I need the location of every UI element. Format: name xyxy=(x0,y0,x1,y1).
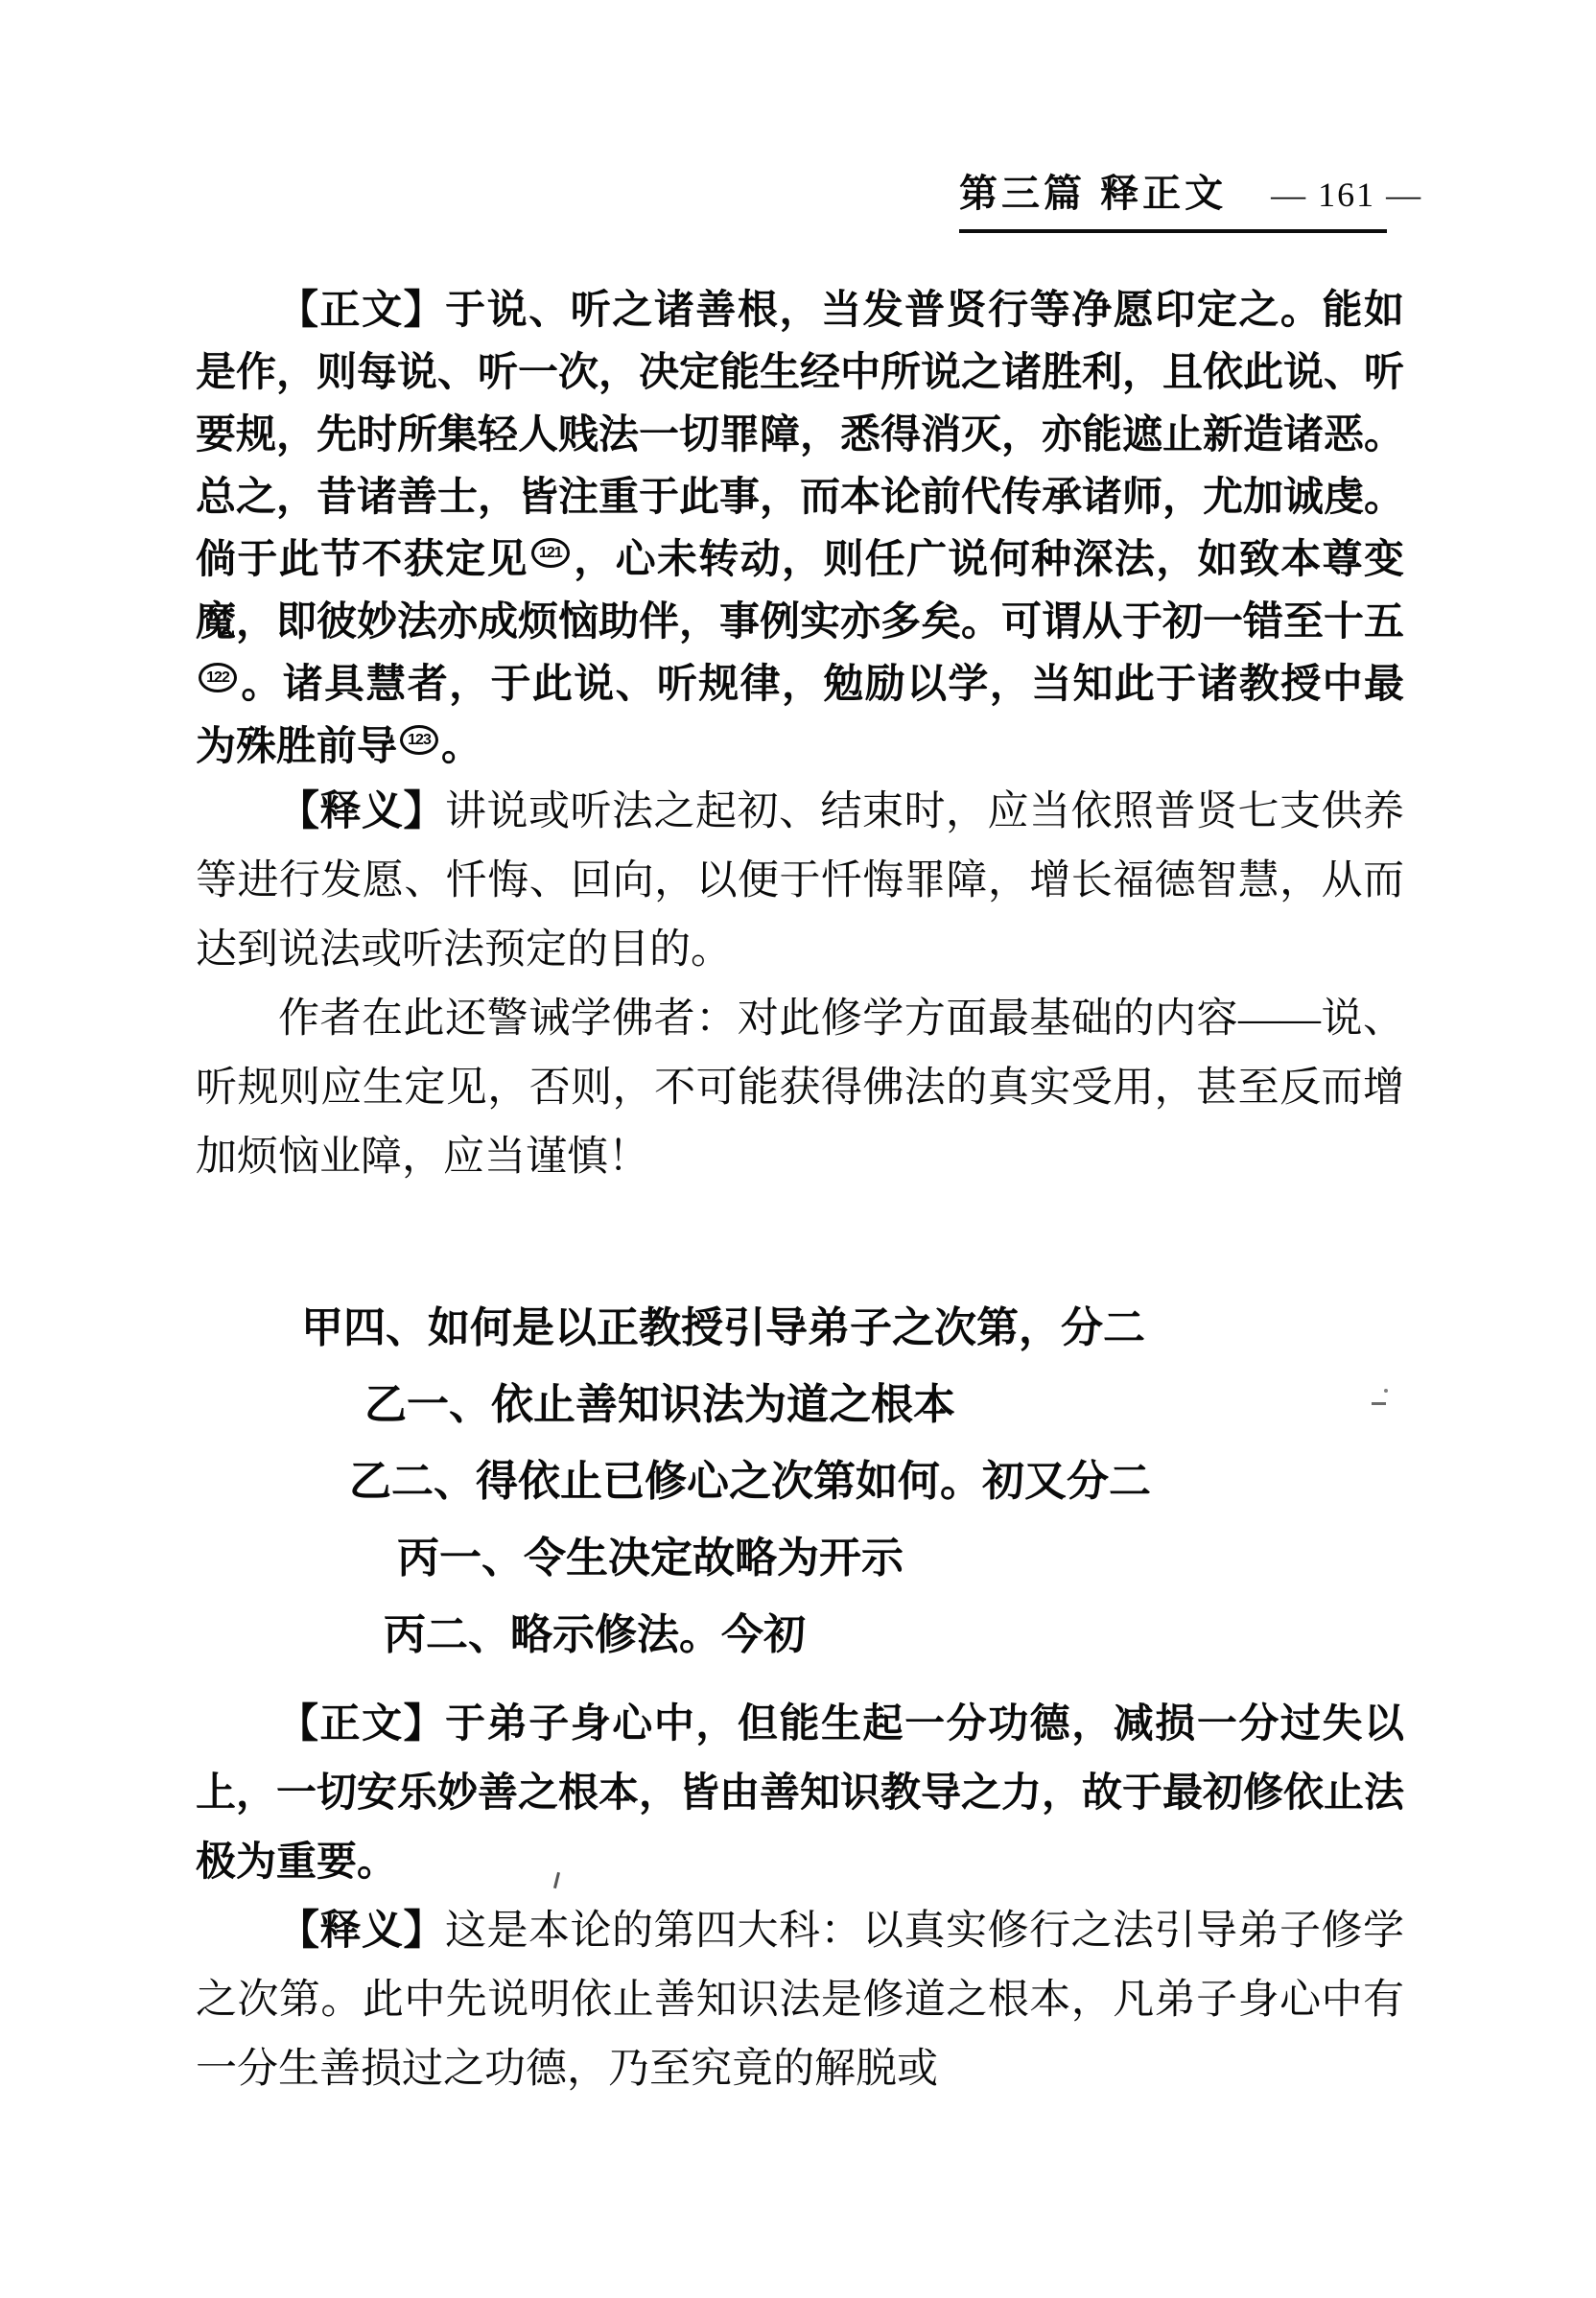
commentary-text: 作者在此还警诫学佛者：对此修学方面最基础的内容——说、听规则应生定见，否则，不可… xyxy=(196,997,1404,1180)
footnote-ref-121: 121 xyxy=(531,538,570,568)
page-header: 第三篇 释正文 — 161 — xyxy=(959,163,1387,233)
paragraph-zhengwen-1: 【正文】于说、听之诸善根，当发普贤行等净愿印定之。能如是作，则每说、听一次，决定… xyxy=(196,278,1404,777)
book-page: 第三篇 释正文 — 161 — 【正文】于说、听之诸善根，当发普贤行等净愿印定之… xyxy=(0,0,1596,2298)
page-body: 【正文】于说、听之诸善根，当发普贤行等净愿印定之。能如是作，则每说、听一次，决定… xyxy=(196,278,1404,2104)
outline-item-yi-1: 乙一、依止善知识法为道之根本 xyxy=(196,1382,1404,1428)
zhengwen-label: 【正文】 xyxy=(278,287,445,332)
outline-item-jia-4: 甲四、如何是以正教授引导弟子之次第，分二 xyxy=(196,1305,1404,1351)
scan-artifact-dot xyxy=(1384,1389,1388,1393)
zhengwen-text-segment: 。 xyxy=(441,723,481,768)
footnote-ref-123: 123 xyxy=(400,725,438,755)
footnote-ref-122: 122 xyxy=(199,663,237,692)
zhengwen-text-segment: 。诸具慧者，于此说、听规律，勉励以学，当知此于诸教授中最为殊胜前导 xyxy=(196,661,1404,768)
paragraph-commentary: 作者在此还警诫学佛者：对此修学方面最基础的内容——说、听规则应生定见，否则，不可… xyxy=(196,985,1404,1192)
page-number: — 161 — xyxy=(1271,175,1422,215)
outline-item-bing-1: 丙一、令生决定故略为开示 xyxy=(196,1536,1404,1582)
scan-artifact-dash xyxy=(1372,1402,1386,1405)
zhengwen-label: 【正文】 xyxy=(278,1700,445,1746)
shiyi-label: 【释义】 xyxy=(278,788,445,834)
paragraph-shiyi-2: 【释义】这是本论的第四大科：以真实修行之法引导弟子修学之次第。此中先说明依止善知… xyxy=(196,1896,1404,2104)
shiyi-label: 【释义】 xyxy=(278,1908,445,1954)
outline-item-yi-2: 乙二、得依止已修心之次第如何。初又分二 xyxy=(196,1459,1404,1505)
paragraph-shiyi-1: 【释义】讲说或听法之起初、结束时，应当依照普贤七支供养等进行发愿、忏悔、回向，以… xyxy=(196,777,1404,985)
outline-section: 甲四、如何是以正教授引导弟子之次第，分二 乙一、依止善知识法为道之根本 乙二、得… xyxy=(196,1305,1404,1658)
chapter-title: 第三篇 释正文 xyxy=(959,163,1227,218)
paragraph-zhengwen-2: 【正文】于弟子身心中，但能生起一分功德，减损一分过失以上，一切安乐妙善之根本，皆… xyxy=(196,1689,1404,1896)
outline-item-bing-2: 丙二、略示修法。今初 xyxy=(196,1612,1404,1658)
